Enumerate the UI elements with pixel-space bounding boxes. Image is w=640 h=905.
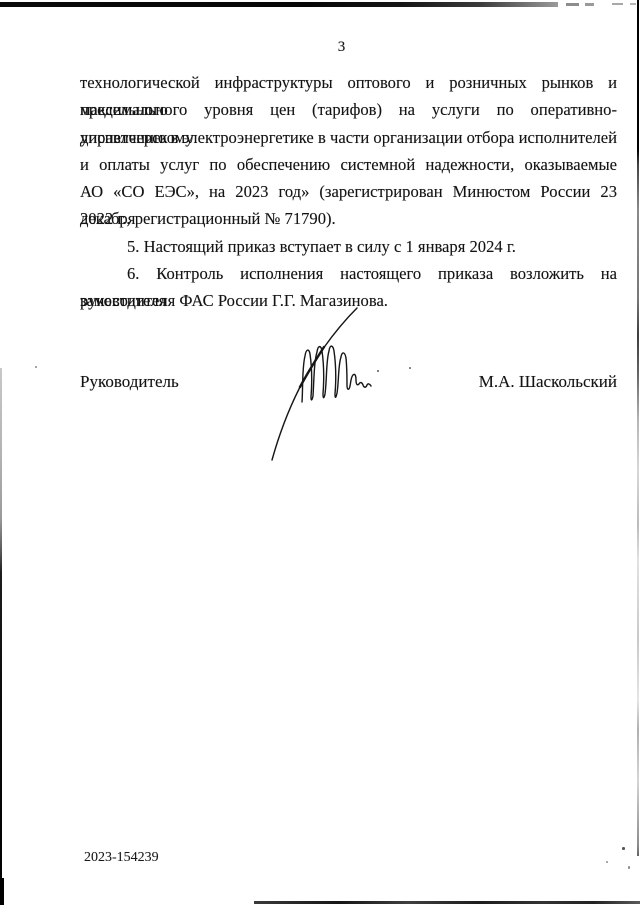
document-line: 5. Настоящий приказ вступает в силу с 1 … [80,233,617,260]
scan-edge-top-dash [585,3,594,6]
document-line: 6. Контроль исполнения настоящего приказ… [80,260,617,287]
scan-edge-top-dash [612,3,623,6]
document-body: технологической инфраструктуры оптового … [80,69,617,315]
signatory-title: Руководитель [80,372,179,392]
document-line: 2022 г., регистрационный № 71790). [80,205,617,232]
scan-edge-bottom [254,901,640,904]
document-code: 2023-154239 [84,850,159,866]
scan-edge-left [0,368,2,905]
scan-edge-top [0,2,558,7]
document-line: максимального уровня цен (тарифов) на ус… [80,96,617,123]
document-page: 3 технологической инфраструктуры оптовог… [0,0,640,905]
signature [258,298,400,470]
page-number: 3 [73,39,610,56]
scan-speck [628,866,630,869]
scan-edge-top-dash [630,3,636,5]
document-line: технологической инфраструктуры оптового … [80,69,617,96]
scan-edge-top-dash [566,3,579,6]
signatory-name: М.А. Шаскольский [479,372,617,392]
scan-speck [606,861,608,863]
scan-speck [35,366,37,368]
scan-edge-right [637,0,639,856]
document-line: и оплаты услуг по обеспечению системной … [80,151,617,178]
scan-speck [622,847,625,850]
document-line: управлению в электроэнергетике в части о… [80,124,617,151]
document-line: АО «СО ЕЭС», на 2023 год» (зарегистриров… [80,178,617,205]
scan-speck [409,367,411,369]
scan-edge-left-blob [0,878,4,905]
